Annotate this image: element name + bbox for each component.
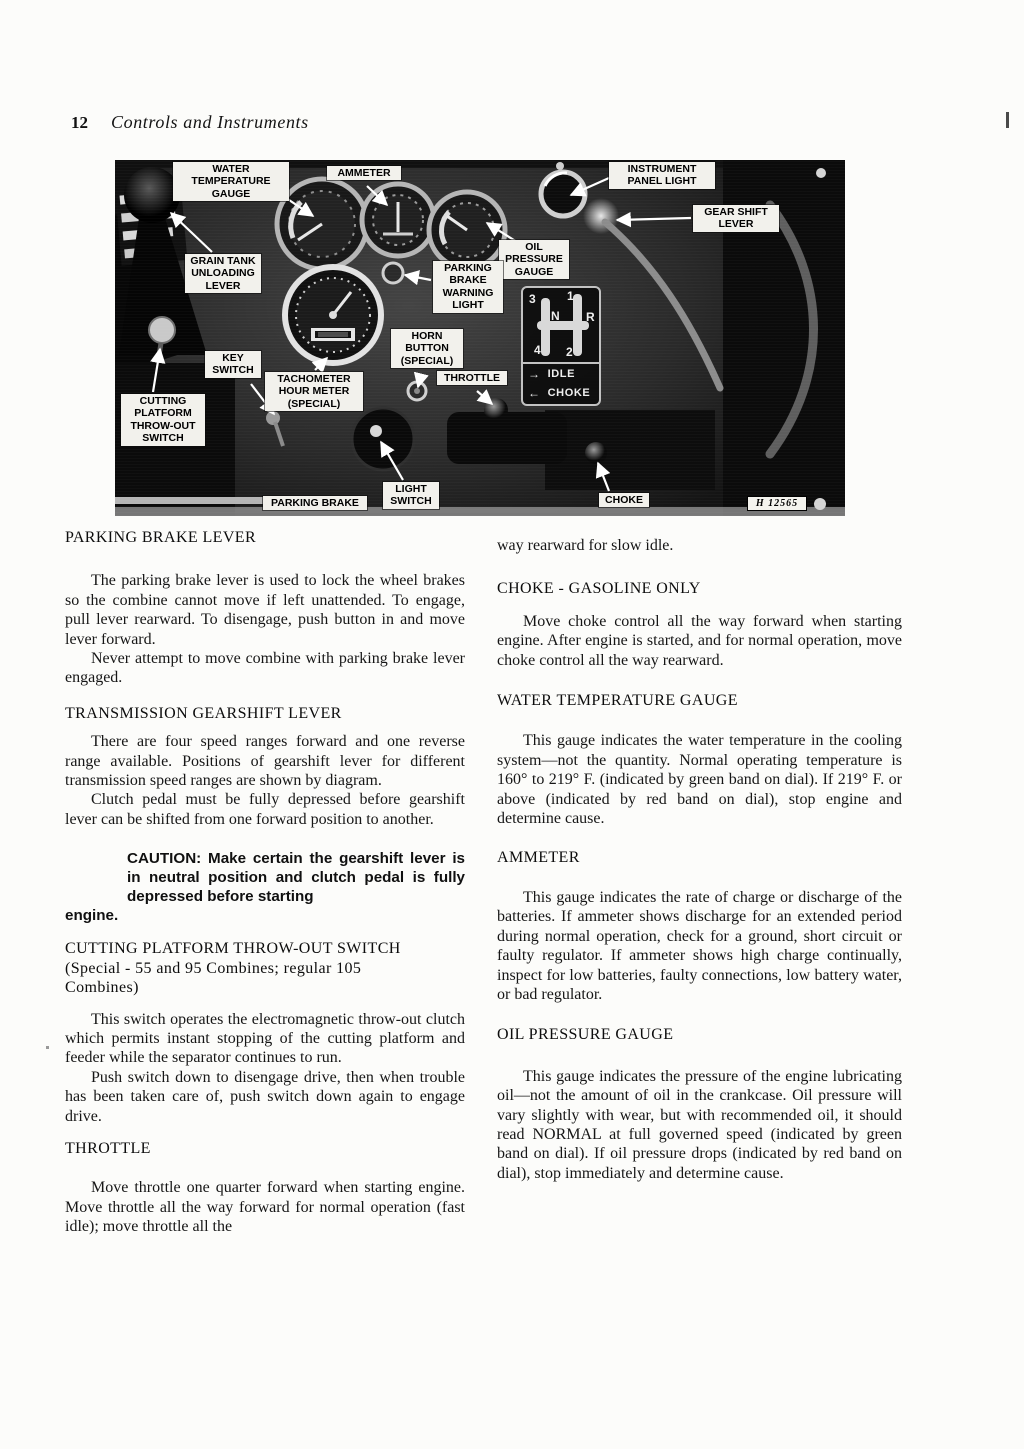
paragraph: The parking brake lever is used to lock …	[65, 571, 465, 649]
paragraph: This gauge indicates the pressure of the…	[497, 1067, 902, 1183]
gear-pattern-bar	[537, 321, 589, 330]
paragraph: Move choke control all the way forward w…	[497, 612, 902, 670]
gear-pos-r: R	[586, 310, 595, 324]
light-switch-art	[352, 408, 414, 470]
heading-water-temperature-gauge: WATER TEMPERATURE GAUGE	[497, 691, 902, 710]
ammeter-dial	[362, 184, 434, 256]
heading-oil-pressure-gauge: OIL PRESSURE GAUGE	[497, 1025, 902, 1044]
running-title: Controls and Instruments	[111, 112, 309, 133]
label-tachometer-hour-meter: TACHOMETER HOUR METER (SPECIAL)	[265, 372, 363, 411]
heading-throttle: THROTTLE	[65, 1139, 465, 1158]
paragraph: This gauge indicates the rate of charge …	[497, 888, 902, 1004]
heading-choke-gasoline-only: CHOKE - GASOLINE ONLY	[497, 579, 902, 598]
gear-shift-pattern-plate: 3 1 N R 4 2 → IDLE ← CHOKE	[521, 286, 601, 406]
heading-transmission-gearshift-lever: TRANSMISSION GEARSHIFT LEVER	[65, 704, 465, 723]
label-light-switch: LIGHT SWITCH	[383, 482, 439, 509]
parking-brake-rod-art	[115, 497, 265, 504]
instrument-panel-light-bezel	[541, 172, 585, 216]
choke-arrow-icon: ←	[528, 386, 541, 400]
screw-icon	[814, 498, 826, 510]
heading-cutting-platform-throw-out-switch: CUTTING PLATFORM THROW-OUT SWITCH (Speci…	[65, 939, 465, 997]
paragraph: This gauge indicates the water temperatu…	[497, 731, 902, 828]
instrument-panel-photo: WATER TEMPERATURE GAUGE AMMETER INSTRUME…	[115, 160, 845, 516]
label-ammeter: AMMETER	[327, 166, 401, 180]
gear-pos-n: N	[551, 309, 560, 323]
paragraph: Clutch pedal must be fully depressed bef…	[65, 790, 465, 829]
idle-label: IDLE	[548, 368, 575, 380]
heading-ammeter: AMMETER	[497, 848, 902, 867]
screw-icon	[556, 162, 564, 170]
oil-pressure-gauge-dial	[429, 192, 505, 268]
scan-artifact	[1006, 112, 1009, 128]
label-water-temperature-gauge: WATER TEMPERATURE GAUGE	[173, 162, 289, 201]
manual-page: 12 Controls and Instruments	[0, 0, 1024, 1449]
label-grain-tank-unloading-lever: GRAIN TANK UNLOADING LEVER	[185, 254, 261, 293]
gear-pos-2: 2	[566, 345, 573, 359]
choke-knob-art	[585, 442, 607, 464]
gear-pos-1: 1	[567, 289, 574, 303]
heading-subtext: (Special - 55 and 95 Combines; regular 1…	[65, 959, 410, 998]
paragraph: Push switch down to disengage drive, the…	[65, 1068, 465, 1126]
page-number: 12	[71, 113, 88, 133]
scan-artifact	[46, 1046, 49, 1049]
label-cutting-platform-throw-out-switch: CUTTING PLATFORM THROW-OUT SWITCH	[121, 394, 205, 446]
photo-bottom-edge	[115, 507, 845, 516]
idle-arrow-icon: →	[528, 367, 541, 381]
continuation-paragraph: way rearward for slow idle.	[497, 536, 902, 555]
water-temp-gauge-dial	[277, 179, 367, 269]
plate-divider	[523, 362, 599, 364]
paragraph: This switch operates the electromagnetic…	[65, 1010, 465, 1068]
paragraph: There are four speed ranges forward and …	[65, 732, 465, 790]
caution-note: CAUTION: Make certain the gearshift leve…	[127, 849, 465, 906]
label-parking-brake-warning-light: PARKING BRAKE WARNING LIGHT	[433, 261, 503, 313]
label-oil-pressure-gauge: OIL PRESSURE GAUGE	[499, 240, 569, 279]
label-gear-shift-lever: GEAR SHIFT LEVER	[693, 205, 779, 232]
heading-text: CUTTING PLATFORM THROW-OUT SWITCH	[65, 940, 401, 957]
choke-label: CHOKE	[548, 387, 591, 399]
gear-pos-3: 3	[529, 292, 536, 306]
parking-brake-warning-light-art	[383, 263, 403, 283]
gear-pos-4: 4	[534, 343, 541, 357]
paragraph: Never attempt to move combine with parki…	[65, 649, 465, 688]
label-instrument-panel-light: INSTRUMENT PANEL LIGHT	[609, 162, 715, 189]
label-parking-brake: PARKING BRAKE	[263, 496, 367, 510]
label-throttle: THROTTLE	[437, 371, 507, 385]
paragraph: Move throttle one quarter forward when s…	[65, 1178, 465, 1236]
left-column: PARKING BRAKE LEVER The parking brake le…	[65, 528, 465, 1237]
screw-icon	[816, 168, 826, 178]
heading-parking-brake-lever: PARKING BRAKE LEVER	[65, 528, 465, 547]
right-column: way rearward for slow idle. CHOKE - GASO…	[497, 536, 902, 1183]
horn-button-art	[408, 382, 426, 400]
caution-note-tail: engine.	[65, 906, 465, 925]
label-choke: CHOKE	[599, 493, 649, 507]
label-horn-button: HORN BUTTON (SPECIAL)	[391, 329, 463, 368]
photo-id: H 12565	[747, 496, 807, 511]
label-key-switch: KEY SWITCH	[205, 351, 261, 378]
tachometer-dial	[285, 267, 381, 363]
